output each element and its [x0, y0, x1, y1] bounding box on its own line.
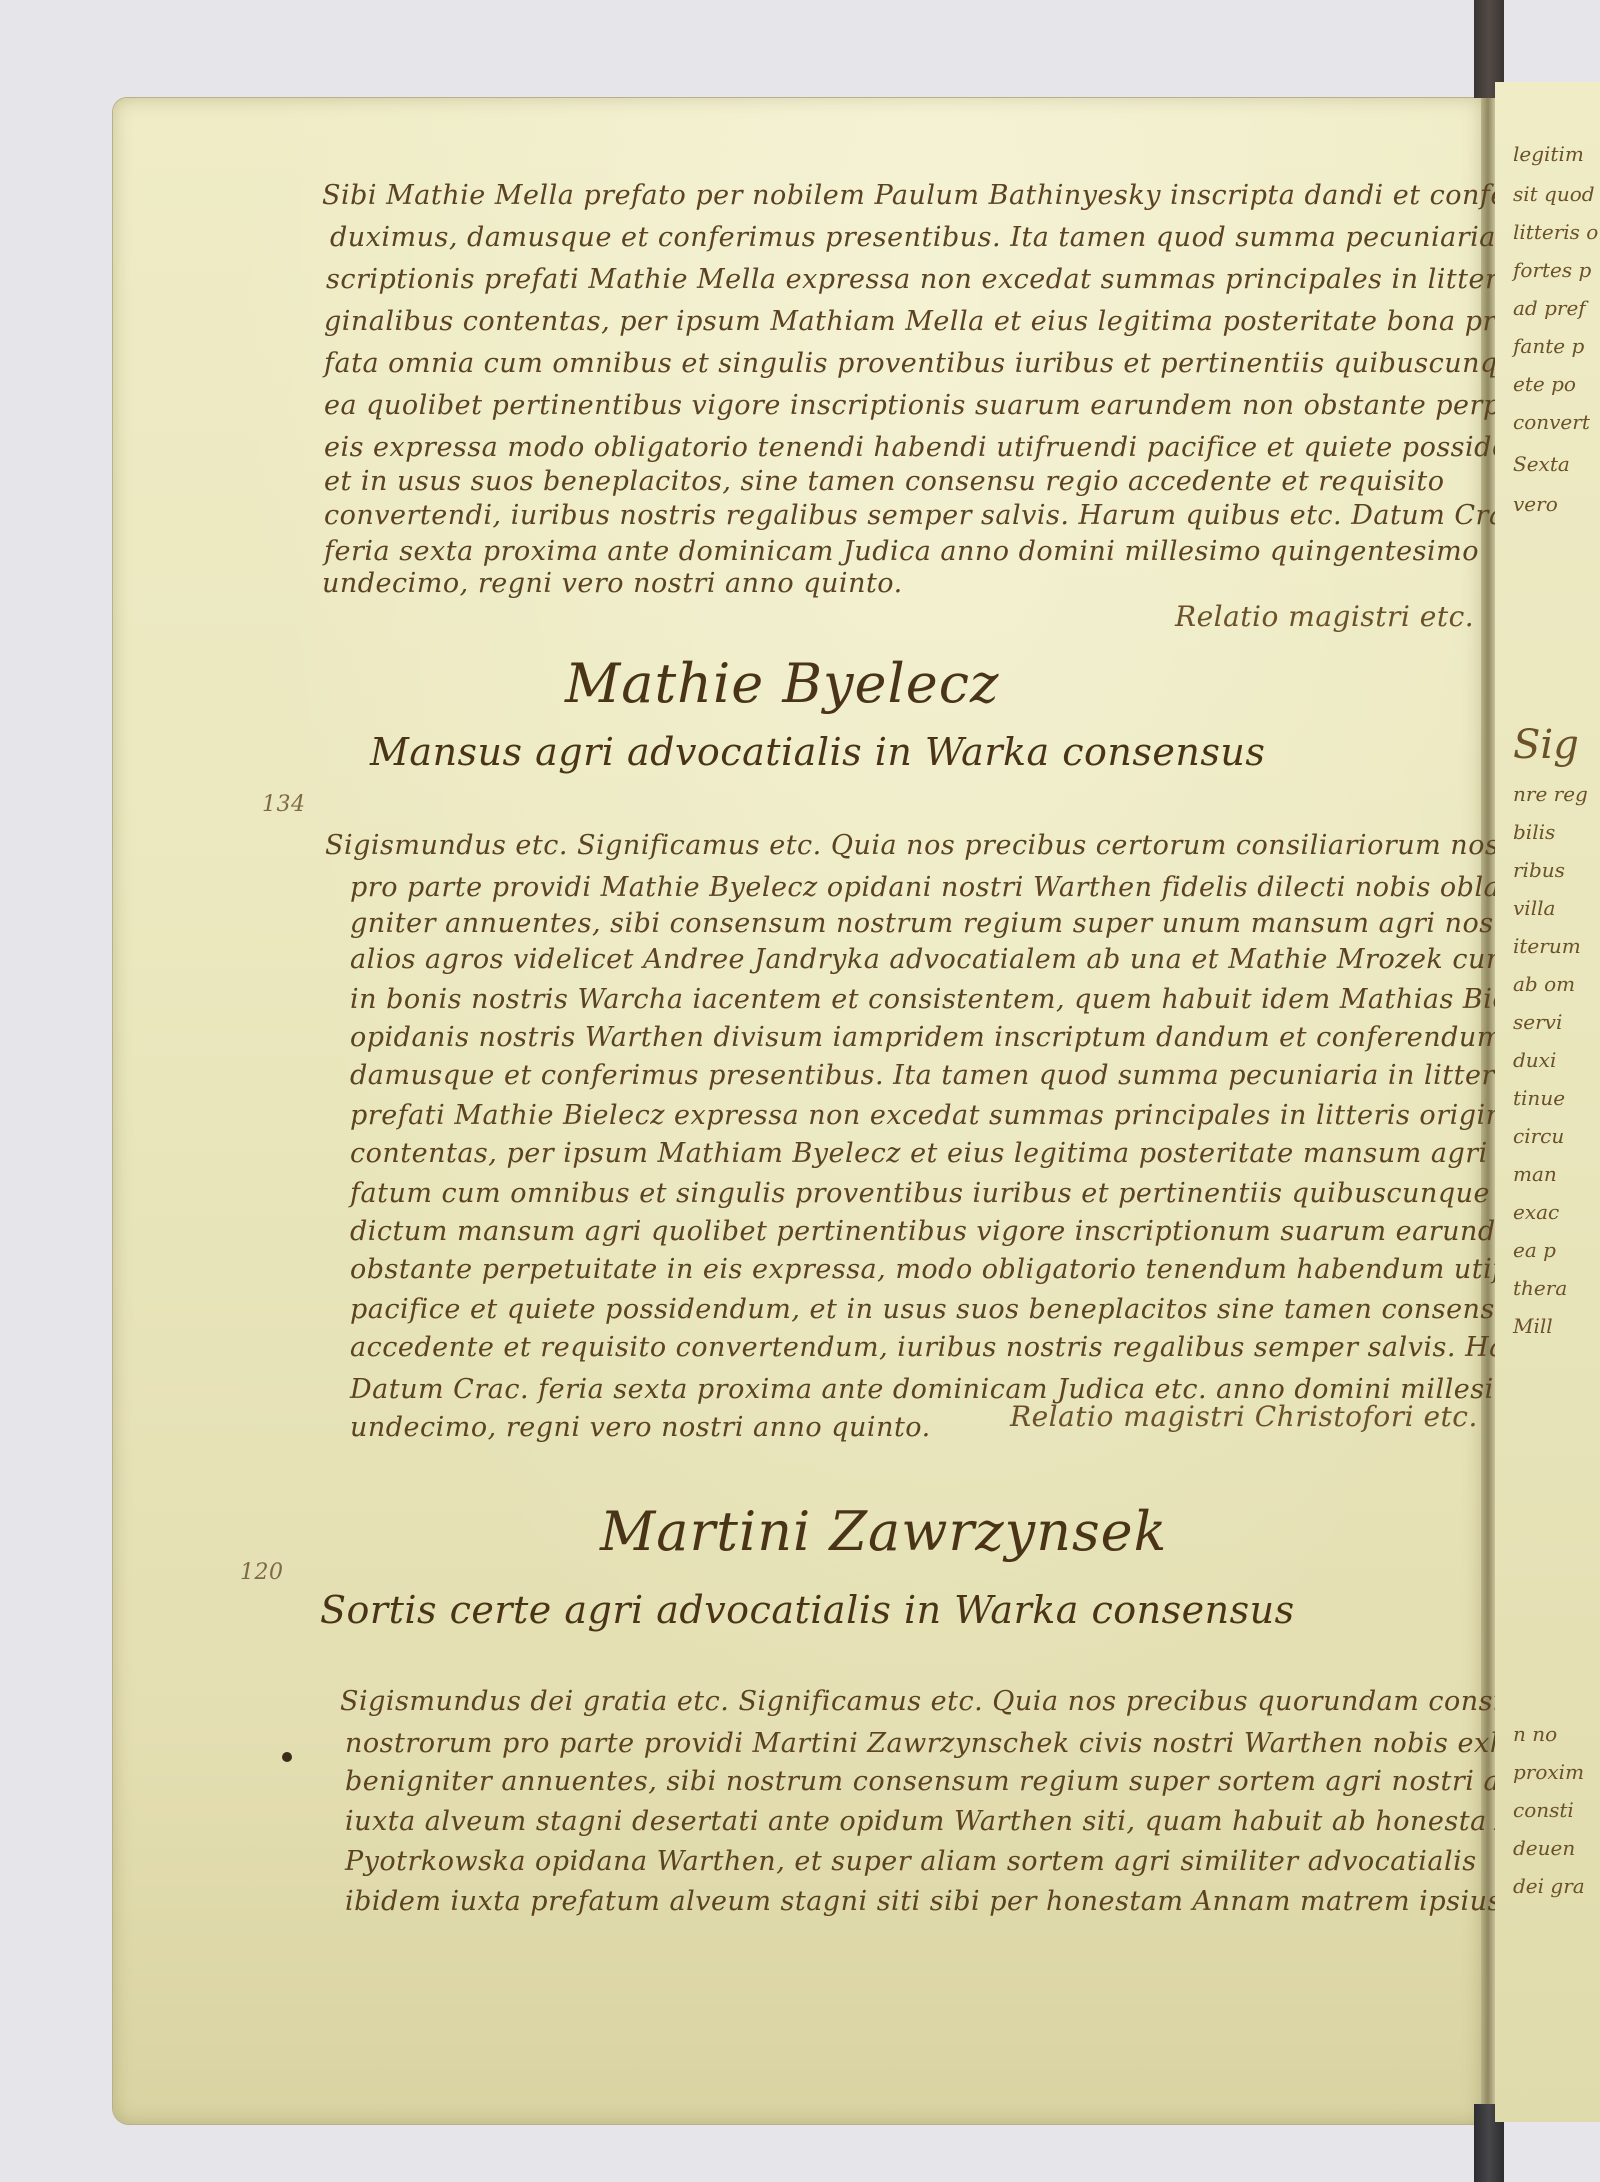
fragment-line: convert	[1513, 410, 1590, 434]
fragment-line: servi	[1513, 1010, 1562, 1034]
fragment-line: circu	[1513, 1124, 1564, 1148]
fragment-line: vero	[1513, 492, 1558, 516]
fragment-line: Mill	[1513, 1314, 1553, 1338]
fragment-line: proxim	[1513, 1760, 1584, 1784]
text-line: nostrorum pro parte providi Martini Zawr…	[345, 1730, 1600, 1757]
fragment-line: Sexta	[1513, 452, 1570, 476]
entry-heading: Mathie Byelecz	[565, 652, 999, 715]
text-line: Pyotrkowska opidana Warthen, et super al…	[345, 1848, 1477, 1875]
text-line: benigniter annuentes, sibi nostrum conse…	[345, 1768, 1600, 1795]
text-line: iuxta alveum stagni desertati ante opidu…	[345, 1808, 1568, 1835]
fragment-line: thera	[1513, 1276, 1567, 1300]
text-line: obstante perpetuitate in eis expressa, m…	[350, 1256, 1600, 1283]
relatio-signature: Relatio magistri etc.	[1175, 600, 1474, 633]
entry-subheading: Sortis certe agri advocatialis in Warka …	[320, 1588, 1295, 1632]
fragment-line: ad pref	[1513, 296, 1586, 320]
text-line: ibidem iuxta prefatum alveum stagni siti…	[345, 1888, 1502, 1915]
text-line: ea quolibet pertinentibus vigore inscrip…	[324, 392, 1600, 419]
fragment-line: tinue	[1513, 1086, 1565, 1110]
entry-heading: Martini Zawrzynsek	[600, 1500, 1167, 1563]
fragment-line: fante p	[1513, 334, 1584, 358]
fragment-line: dei gra	[1513, 1874, 1585, 1898]
fragment-line: iterum	[1513, 934, 1581, 958]
text-line: Sibi Mathie Mella prefato per nobilem Pa…	[322, 182, 1582, 209]
text-line: prefati Mathie Bielecz expressa non exce…	[350, 1102, 1588, 1129]
fragment-line: legitim	[1513, 142, 1584, 166]
fragment-line: exac	[1513, 1200, 1559, 1224]
relatio-signature: Relatio magistri Christofori etc.	[1010, 1400, 1478, 1433]
fragment-line: ea p	[1513, 1238, 1556, 1262]
fragment-line: ab om	[1513, 972, 1575, 996]
fragment-line: bilis	[1513, 820, 1555, 844]
text-line: convertendi, iuribus nostris regalibus s…	[324, 502, 1530, 529]
fragment-line: consti	[1513, 1798, 1574, 1822]
text-line: dictum mansum agri quolibet pertinentibu…	[350, 1218, 1600, 1245]
text-line: et in usus suos beneplacitos, sine tamen…	[324, 468, 1445, 495]
text-line: fatum cum omnibus et singulis proventibu…	[350, 1180, 1600, 1207]
text-line: accedente et requisito convertendum, iur…	[350, 1334, 1600, 1361]
text-line: contentas, per ipsum Mathiam Byelecz et …	[350, 1140, 1554, 1167]
text-line: pacifice et quiete possidendum, et in us…	[350, 1296, 1595, 1323]
text-line: feria sexta proxima ante dominicam Judic…	[324, 538, 1479, 565]
text-line: ginalibus contentas, per ipsum Mathiam M…	[324, 308, 1522, 335]
text-line: alios agros videlicet Andree Jandryka ad…	[350, 946, 1556, 973]
fragment-line: deuen	[1513, 1836, 1575, 1860]
text-line: scriptionis prefati Mathie Mella express…	[326, 266, 1580, 293]
fragment-line: duxi	[1513, 1048, 1556, 1072]
text-line: gniter annuentes, sibi consensum nostrum…	[350, 910, 1600, 937]
text-line: opidanis nostris Warthen divisum iamprid…	[350, 1024, 1600, 1051]
text-line: pro parte providi Mathie Byelecz opidani…	[350, 874, 1600, 901]
fragment-line: litteris ori	[1513, 220, 1600, 244]
text-line: fata omnia cum omnibus et singulis prove…	[324, 350, 1576, 377]
text-line: duximus, damusque et conferimus presenti…	[330, 224, 1600, 251]
text-line: Sigismundus dei gratia etc. Significamus…	[340, 1688, 1600, 1715]
text-line: eis expressa modo obligatorio tenendi ha…	[324, 434, 1553, 461]
fragment-line: nre reg	[1513, 782, 1588, 806]
text-line: in bonis nostris Warcha iacentem et cons…	[350, 986, 1600, 1013]
margin-number: 134	[262, 792, 306, 817]
fragment-line: villa	[1513, 896, 1555, 920]
ink-dot	[282, 1752, 292, 1762]
margin-number: 120	[240, 1560, 284, 1585]
text-line: damusque et conferimus presentibus. Ita …	[350, 1062, 1600, 1089]
entry-subheading: Mansus agri advocatialis in Warka consen…	[370, 730, 1265, 774]
fragment-line: ete po	[1513, 372, 1576, 396]
fragment-line: ribus	[1513, 858, 1565, 882]
text-line: undecimo, regni vero nostri anno quinto.	[350, 1414, 931, 1441]
text-line: Sigismundus etc. Significamus etc. Quia …	[325, 832, 1598, 859]
text-line: undecimo, regni vero nostri anno quinto.	[322, 570, 903, 597]
fragment-line: fortes p	[1513, 258, 1591, 282]
fragment-line: sit quod s	[1513, 182, 1600, 206]
fragment-line: man	[1513, 1162, 1557, 1186]
fragment-initial: Sig	[1513, 722, 1579, 768]
fragment-line: n no	[1513, 1722, 1557, 1746]
manuscript-page-right-fragment: legitim sit quod s litteris ori fortes p…	[1495, 82, 1600, 2122]
text-line: Datum Crac. feria sexta proxima ante dom…	[350, 1376, 1600, 1403]
